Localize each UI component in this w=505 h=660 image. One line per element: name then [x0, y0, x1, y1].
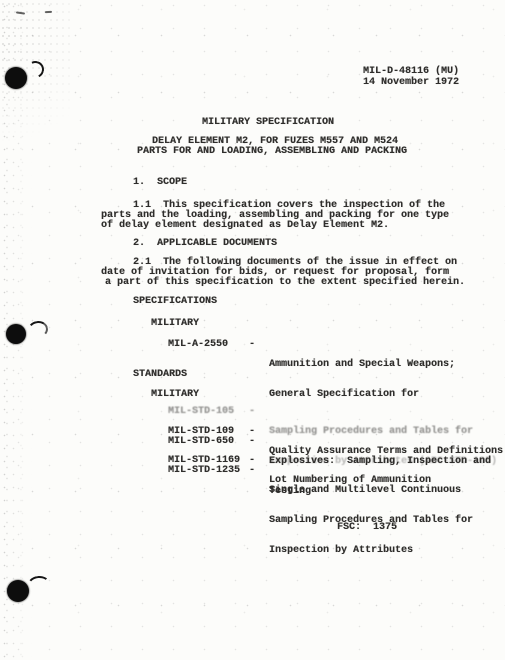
scope-paragraph-line: of delay element designated as Delay Ele…: [101, 221, 389, 231]
doc-code: MIL-STD-650: [168, 437, 234, 447]
doc-number: MIL-D-48116 (MU): [363, 67, 459, 77]
applicable-documents-heading: 2. APPLICABLE DOCUMENTS: [133, 239, 277, 249]
standards-heading: STANDARDS: [133, 370, 187, 380]
standards-military-subheading: MILITARY: [151, 390, 199, 400]
doc-date: 14 November 1972: [363, 78, 459, 88]
spec-subject-line2: PARTS FOR AND LOADING, ASSEMBLING AND PA…: [137, 147, 407, 157]
doc-code: MIL-STD-1235: [168, 466, 240, 476]
dash-separator: -: [249, 340, 255, 350]
doc-description: Single and Multilevel Continuous Samplin…: [269, 466, 473, 576]
dash-separator: -: [249, 466, 255, 476]
specifications-military-subheading: MILITARY: [151, 319, 199, 329]
specifications-heading: SPECIFICATIONS: [133, 297, 217, 307]
fsc-number: FSC: 1375: [337, 523, 397, 533]
document-text-layer: MIL-D-48116 (MU) 14 November 1972 MILITA…: [0, 0, 505, 660]
scope-heading: 1. SCOPE: [133, 178, 187, 188]
doc-code: MIL-STD-105: [168, 407, 234, 417]
dash-separator: -: [249, 437, 255, 447]
doc-code: MIL-A-2550: [168, 340, 228, 350]
scanned-spec-page: MIL-D-48116 (MU) 14 November 1972 MILITA…: [0, 0, 505, 660]
dash-separator: -: [249, 407, 255, 417]
spec-title: MILITARY SPECIFICATION: [202, 118, 334, 128]
applicable-documents-paragraph-line: a part of this specification to the exte…: [105, 278, 465, 288]
